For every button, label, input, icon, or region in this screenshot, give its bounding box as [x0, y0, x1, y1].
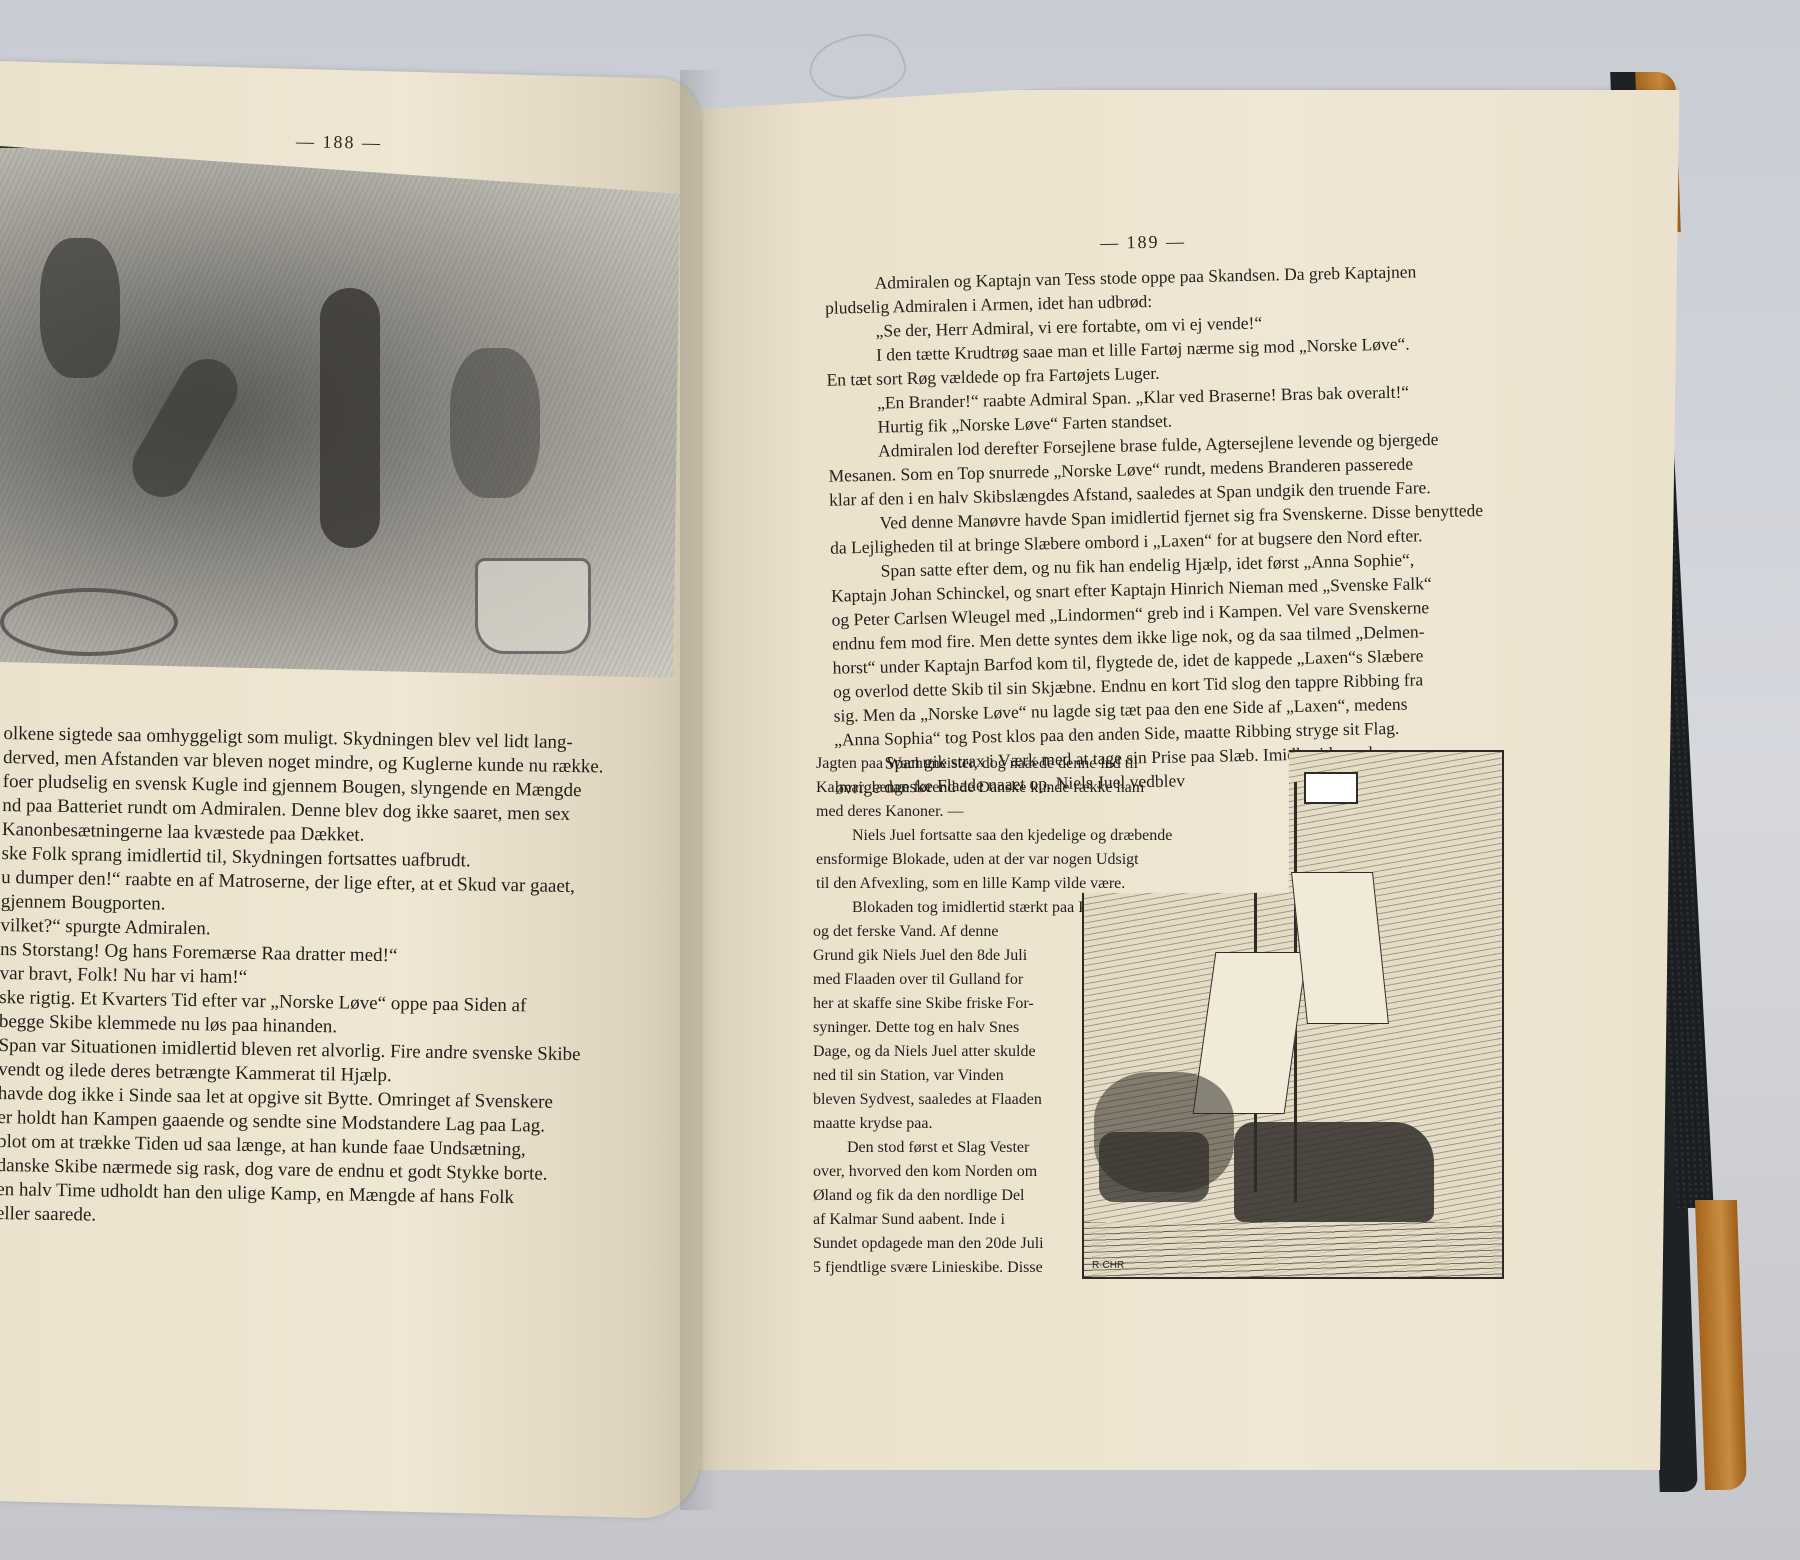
illustration-signature: R·CHR [1092, 1260, 1124, 1271]
book-gutter [680, 70, 720, 1510]
right-page-number: — 189 — [1100, 231, 1186, 253]
distant-ship-hull-shape [1099, 1132, 1209, 1202]
sail-shape [1291, 872, 1389, 1024]
text-line: Dage, og da Niels Juel atter skulde [813, 1040, 1036, 1065]
text-line: maatte krydse paa. [813, 1112, 933, 1137]
text-line: Jagten paa Wachtmeister, dog naaede denn… [816, 752, 1138, 777]
danish-flag-shape [1304, 772, 1358, 804]
left-page-number: — 188 — [296, 131, 382, 153]
sailor-figure-shape [450, 348, 540, 498]
sea-waves-shape [1084, 1222, 1502, 1277]
text-line: syninger. Dette tog en halv Snes [813, 1016, 1019, 1041]
text-line: over, hvorved den kom Norden om [813, 1160, 1037, 1185]
text-line: Kalmar, længe førend de Danske kunde ræk… [816, 776, 1144, 801]
text-line: ensformige Blokade, uden at der var noge… [816, 848, 1139, 873]
left-illustration-cannon-crew [0, 146, 680, 678]
text-line: af Kalmar Sund aabent. Inde i [813, 1208, 1005, 1233]
rope-coil-shape [0, 588, 178, 656]
cannon-shape [122, 348, 249, 508]
text-line: Den stod først et Slag Vester [847, 1136, 1029, 1161]
text-line: og det ferske Vand. Af denne [813, 920, 998, 945]
admiral-figure-shape [320, 288, 380, 548]
text-line: med Flaaden over til Gulland for [813, 968, 1023, 993]
warship-hull-shape [1234, 1122, 1434, 1222]
text-line: Niels Juel fortsatte saa den kjedelige o… [852, 824, 1172, 849]
text-line: her at skaffe sine Skibe friske For- [813, 992, 1034, 1017]
text-line: Grund gik Niels Juel den 8de Juli [813, 944, 1027, 969]
text-line: eller saarede. [0, 1202, 96, 1228]
text-line: ned til sin Station, var Vinden [813, 1064, 1004, 1089]
bucket-shape [475, 558, 591, 654]
text-line: gjennem Bougporten. [1, 890, 166, 917]
text-line: bleven Sydvest, saaledes at Flaaden [813, 1088, 1042, 1113]
text-line: til den Afvexling, som en lille Kamp vil… [816, 872, 1125, 897]
figure-shape [40, 238, 120, 378]
text-line: 5 fjendtlige svære Linieskibe. Disse [813, 1256, 1043, 1281]
text-line: Sundet opdagede man den 20de Juli [813, 1232, 1044, 1257]
text-line: med deres Kanoner. — [816, 800, 964, 825]
text-line: Øland og fik da den nordlige Del [813, 1184, 1025, 1209]
